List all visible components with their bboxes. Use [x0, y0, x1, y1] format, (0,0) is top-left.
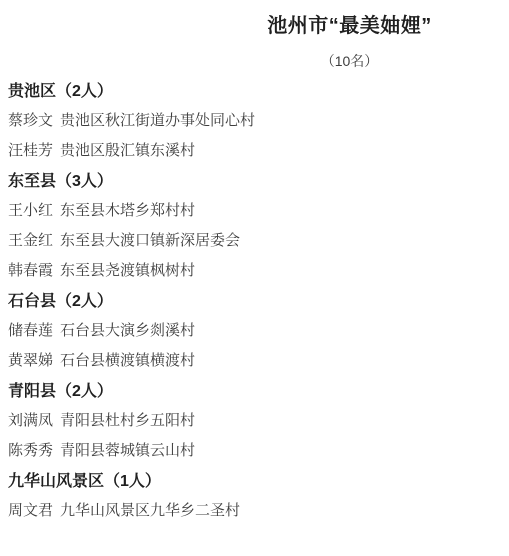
list-item: 王小红 东至县木塔乡郑村村 [8, 194, 509, 224]
person-address: 九华山风景区九华乡二圣村 [60, 499, 240, 520]
person-address: 青阳县蓉城镇云山村 [60, 439, 195, 460]
section-header-qingyang: 青阳县（2人） [8, 374, 509, 404]
person-address: 东至县木塔乡郑村村 [60, 199, 195, 220]
person-address: 贵池区殷汇镇东溪村 [60, 139, 195, 160]
list-item: 周文君 九华山风景区九华乡二圣村 [8, 494, 509, 524]
list-item: 刘满凤 青阳县杜村乡五阳村 [8, 404, 509, 434]
person-name: 周文君 [8, 499, 53, 520]
document-page: 池州市“最美妯娌” （10名） 贵池区（2人） 蔡珍文 贵池区秋江街道办事处同心… [0, 0, 509, 556]
page-title: 池州市“最美妯娌” [190, 13, 509, 39]
section-header-text: 青阳县（2人） [8, 378, 113, 401]
section-header-dongzhi: 东至县（3人） [8, 164, 509, 194]
list-item: 蔡珍文 贵池区秋江街道办事处同心村 [8, 104, 509, 134]
person-address: 东至县尧渡镇枫树村 [60, 259, 195, 280]
person-name: 储春莲 [8, 319, 53, 340]
person-name: 汪桂芳 [8, 139, 53, 160]
person-address: 东至县大渡口镇新深居委会 [60, 229, 240, 250]
person-name: 王小红 [8, 199, 53, 220]
list-item: 韩春霞 东至县尧渡镇枫树村 [8, 254, 509, 284]
person-address: 石台县大演乡剡溪村 [60, 319, 195, 340]
section-header-text: 东至县（3人） [8, 168, 113, 191]
award-list: 贵池区（2人） 蔡珍文 贵池区秋江街道办事处同心村 汪桂芳 贵池区殷汇镇东溪村 … [8, 74, 509, 524]
person-name: 蔡珍文 [8, 109, 53, 130]
person-name: 刘满凤 [8, 409, 53, 430]
person-name: 王金红 [8, 229, 53, 250]
person-address: 青阳县杜村乡五阳村 [60, 409, 195, 430]
section-header-text: 九华山风景区（1人） [8, 468, 161, 491]
list-item: 汪桂芳 贵池区殷汇镇东溪村 [8, 134, 509, 164]
person-address: 石台县横渡镇横渡村 [60, 349, 195, 370]
list-item: 陈秀秀 青阳县蓉城镇云山村 [8, 434, 509, 464]
section-header-guichi: 贵池区（2人） [8, 74, 509, 104]
person-name: 陈秀秀 [8, 439, 53, 460]
list-item: 储春莲 石台县大演乡剡溪村 [8, 314, 509, 344]
section-header-jiuhuashan: 九华山风景区（1人） [8, 464, 509, 494]
section-header-text: 贵池区（2人） [8, 78, 113, 101]
person-address: 贵池区秋江街道办事处同心村 [60, 109, 255, 130]
list-item: 王金红 东至县大渡口镇新深居委会 [8, 224, 509, 254]
section-header-shitai: 石台县（2人） [8, 284, 509, 314]
person-name: 黄翠娣 [8, 349, 53, 370]
document-header: 池州市“最美妯娌” （10名） [0, 0, 509, 71]
list-item: 黄翠娣 石台县横渡镇横渡村 [8, 344, 509, 374]
person-name: 韩春霞 [8, 259, 53, 280]
section-header-text: 石台县（2人） [8, 288, 113, 311]
page-subtitle: （10名） [190, 51, 509, 71]
